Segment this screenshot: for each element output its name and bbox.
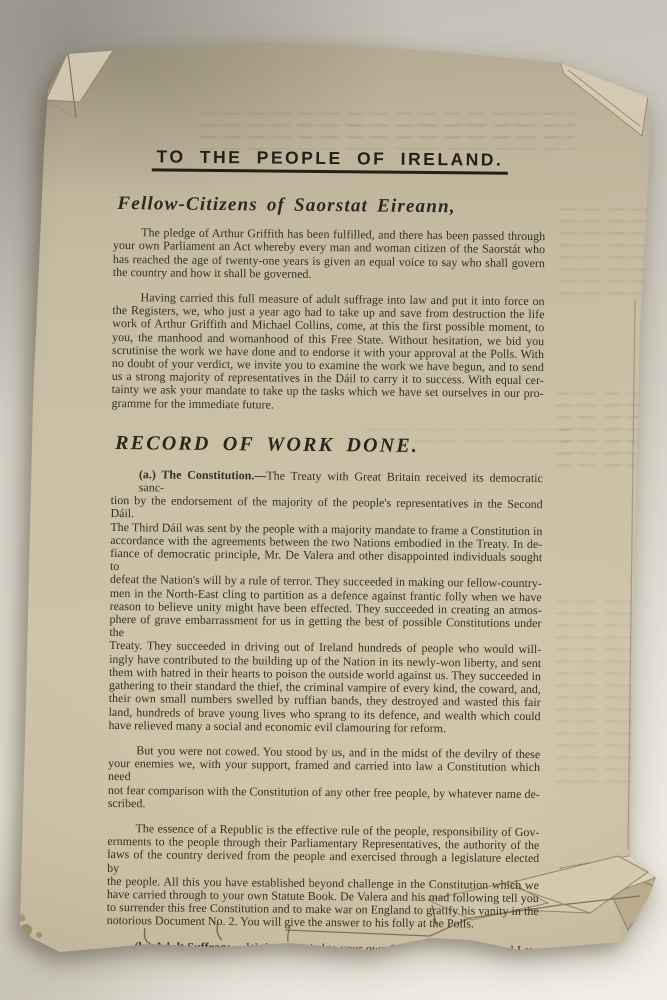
document-page: TO THE PEOPLE OF IRELAND. Fellow-Citizen… <box>16 40 656 962</box>
paragraph: (b.) Adult Suffrage.—We have carried to … <box>106 940 538 984</box>
paragraph: The pledge of Arthur Griffith has been f… <box>113 226 545 283</box>
paragraph: (a.) The Constitution.—The Treaty with G… <box>108 468 543 736</box>
bold-lead-in: (b.) Adult Suffrage.— <box>134 939 246 954</box>
document-title: TO THE PEOPLE OF IRELAND. <box>151 150 508 175</box>
fold-top-right <box>560 62 648 136</box>
bold-lead-in: (a.) The Constitution.— <box>139 467 267 482</box>
text-line: (b.) Adult Suffrage.—We have carried to … <box>106 940 538 971</box>
printed-text-block: TO THE PEOPLE OF IRELAND. Fellow-Citizen… <box>106 150 546 995</box>
paper-shadow: TO THE PEOPLE OF IRELAND. Fellow-Citizen… <box>0 0 667 1000</box>
salutation: Fellow-Citizens of Saorstat Eireann, <box>117 193 545 219</box>
text-line: democratic amplification of your Constit… <box>106 966 538 983</box>
paragraph: But you were not cowed. You stood by us,… <box>108 744 541 814</box>
text-line: notorious Document No. 2. You will give … <box>107 914 539 931</box>
record-paragraphs: (a.) The Constitution.—The Treaty with G… <box>106 468 543 983</box>
paragraph: The essence of a Republic is the effecti… <box>107 822 540 932</box>
section-heading: RECORD OF WORK DONE. <box>115 431 543 459</box>
title-row: TO THE PEOPLE OF IRELAND. <box>114 150 546 175</box>
paragraph: Having carried this full measure of adul… <box>112 291 545 414</box>
photo-backdrop: TO THE PEOPLE OF IRELAND. Fellow-Citizen… <box>0 0 667 1000</box>
fold-top-left <box>46 46 116 102</box>
intro-paragraphs: The pledge of Arthur Griffith has been f… <box>112 226 546 414</box>
